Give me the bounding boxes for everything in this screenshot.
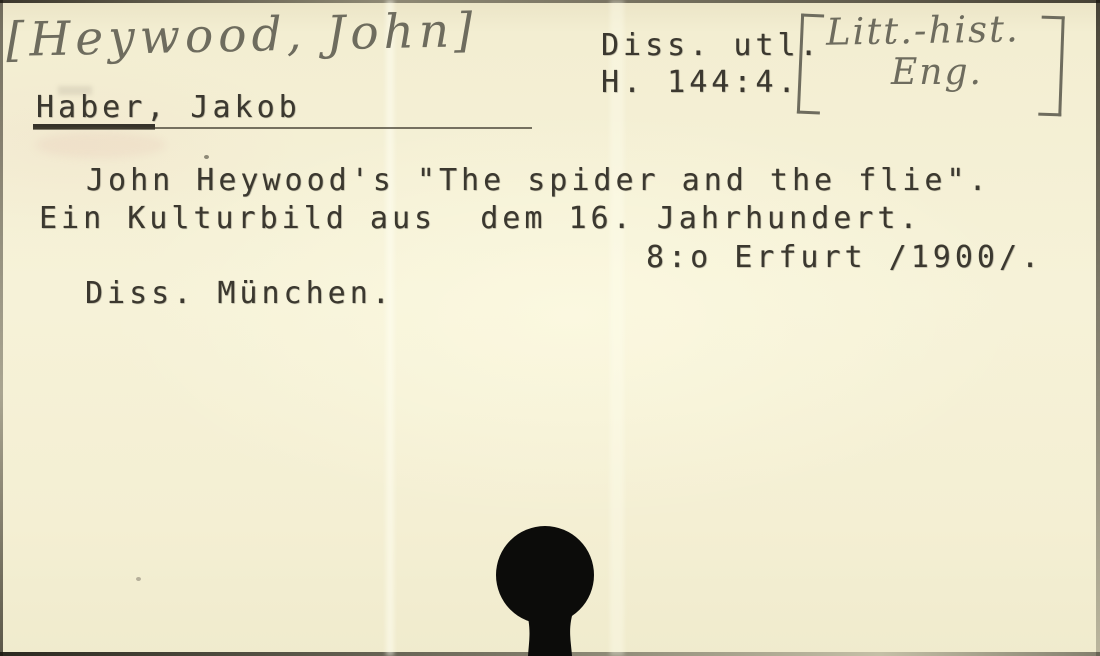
- subject-annotation-line2: Eng.: [891, 55, 983, 91]
- punch-hole-keyhole-icon: [492, 524, 600, 656]
- author-entry-name: Haber, Jakob: [36, 93, 301, 123]
- dissertation-note: Diss. utl.: [601, 31, 822, 61]
- shelf-mark: H. 144:4.: [601, 68, 800, 98]
- card-edge-right: [1096, 0, 1100, 656]
- imprint-line: 8:o Erfurt /1900/.: [646, 243, 1043, 273]
- ink-speck: [136, 577, 141, 581]
- subject-annotation-line1: Litt.-hist.: [826, 10, 1020, 50]
- annotation-bracket-right-icon: [1038, 16, 1064, 117]
- paper-crease: [386, 0, 394, 656]
- entry-underline-rule: [33, 127, 532, 129]
- paper-stain: [36, 132, 166, 158]
- title-line-1: John Heywood's "The spider and the flie"…: [86, 166, 991, 196]
- handwritten-author-heading: [Heywood, John]: [6, 7, 478, 64]
- dissertation-origin-line: Diss. München.: [85, 279, 394, 309]
- card-edge-top: [0, 0, 1100, 3]
- card-edge-left: [0, 0, 3, 656]
- ink-speck: [204, 155, 209, 159]
- title-line-2: Ein Kulturbild aus dem 16. Jahrhundert.: [39, 204, 921, 234]
- catalog-card: [Heywood, John] Haber, Jakob Diss. utl. …: [0, 0, 1100, 656]
